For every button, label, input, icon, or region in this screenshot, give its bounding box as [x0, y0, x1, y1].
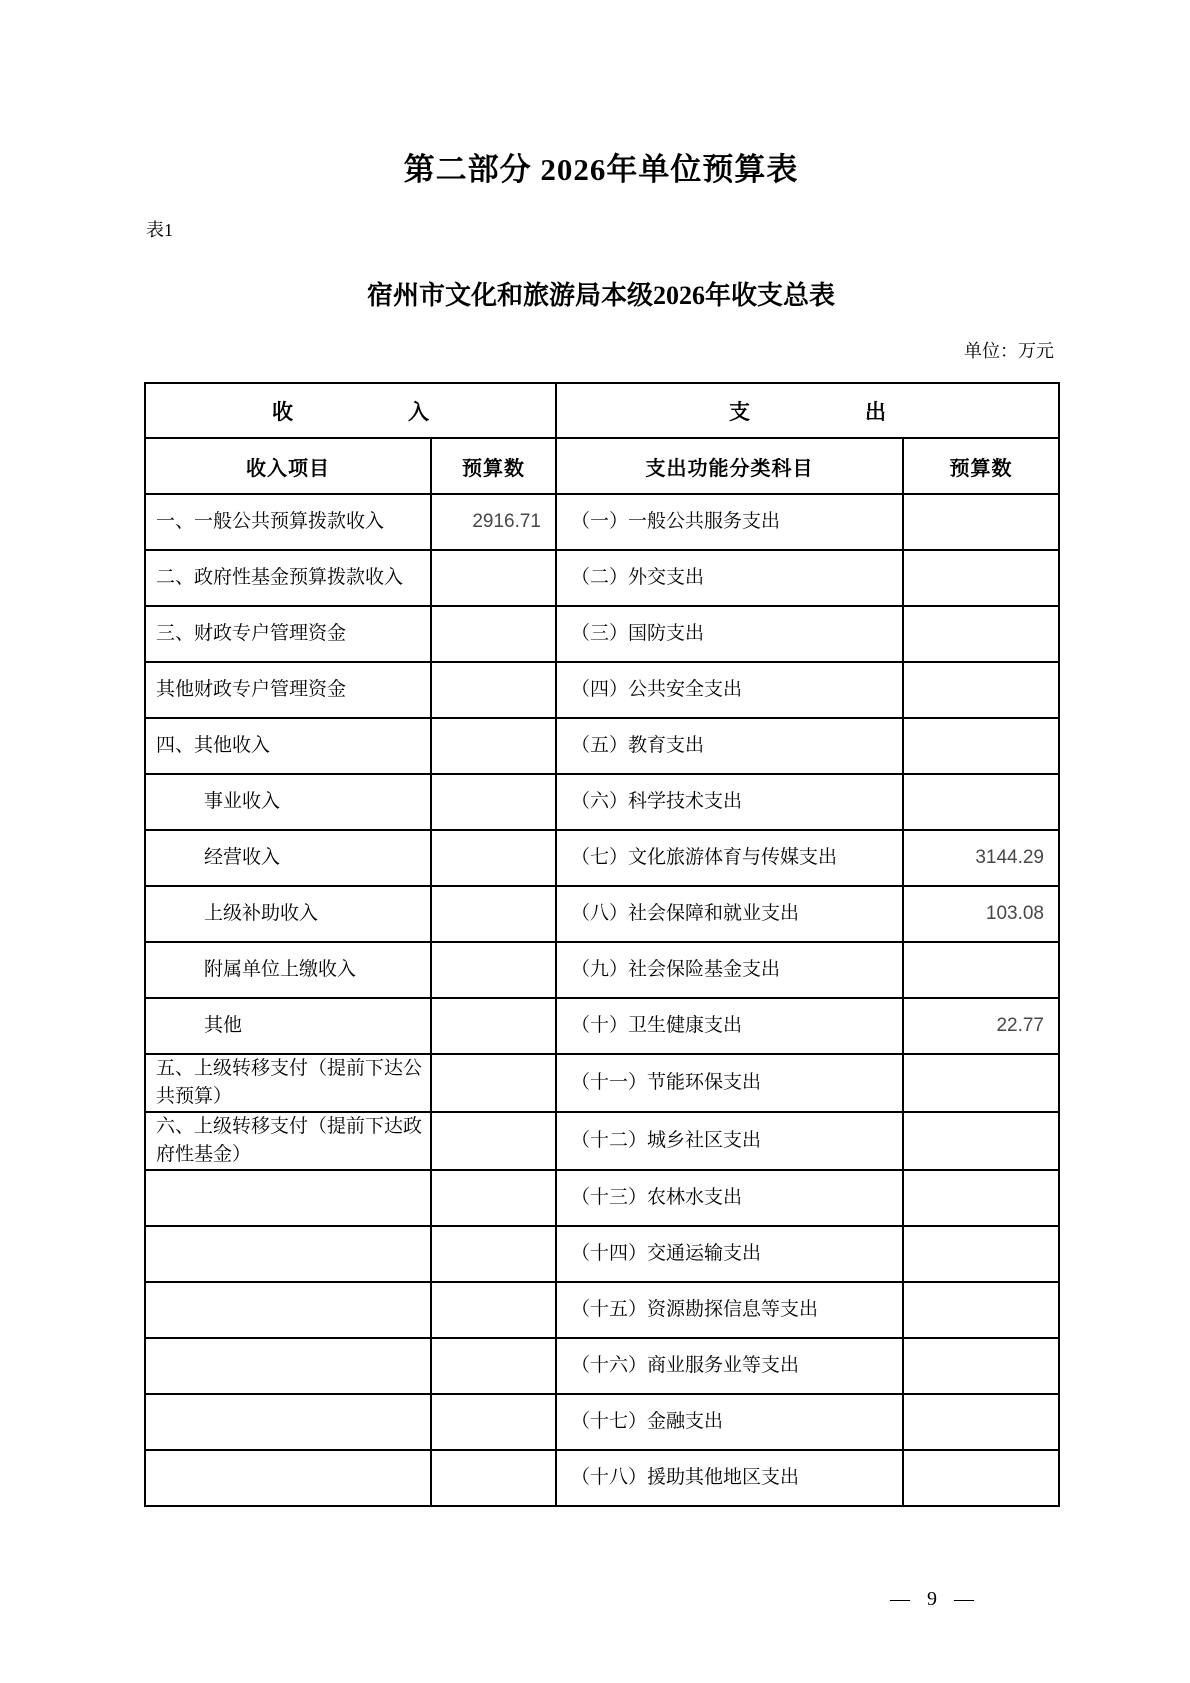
table-title: 宿州市文化和旅游局本级2026年收支总表 [144, 275, 1058, 312]
expense-item-cell: （一）一般公共服务支出 [556, 494, 903, 550]
table-row: 一、一般公共预算拨款收入 2916.71 （一）一般公共服务支出 [145, 494, 1059, 550]
table-row: 三、财政专户管理资金 （三）国防支出 [145, 606, 1059, 662]
table-row: 附属单位上缴收入 （九）社会保险基金支出 [145, 942, 1059, 998]
income-item-cell: 上级补助收入 [145, 886, 431, 942]
income-item-cell: 其他 [145, 998, 431, 1054]
expense-budget-cell [903, 1226, 1059, 1282]
income-budget-cell [431, 1282, 556, 1338]
expense-item-cell: （十八）援助其他地区支出 [556, 1450, 903, 1506]
expense-budget-cell [903, 1450, 1059, 1506]
income-item-cell: 其他财政专户管理资金 [145, 662, 431, 718]
income-budget-cell [431, 998, 556, 1054]
page-number: — 9 — [870, 1588, 1000, 1611]
income-item-cell [145, 1170, 431, 1226]
income-item-cell: 经营收入 [145, 830, 431, 886]
expense-item-cell: （四）公共安全支出 [556, 662, 903, 718]
income-budget-cell [431, 718, 556, 774]
expense-budget-cell [903, 1170, 1059, 1226]
part-title: 第二部分 2026年单位预算表 [144, 144, 1058, 189]
unit-note: 单位：万元 [144, 337, 1054, 363]
table-row: （十八）援助其他地区支出 [145, 1450, 1059, 1506]
table-label: 表1 [146, 216, 173, 242]
table-row: （十三）农林水支出 [145, 1170, 1059, 1226]
table-column-header-row: 收入项目 预算数 支出功能分类科目 预算数 [145, 438, 1059, 494]
expense-budget-cell: 22.77 [903, 998, 1059, 1054]
expense-item-cell: （十四）交通运输支出 [556, 1226, 903, 1282]
income-budget-cell [431, 1226, 556, 1282]
expense-budget-cell [903, 606, 1059, 662]
expense-item-cell: （五）教育支出 [556, 718, 903, 774]
table-row: 经营收入 （七）文化旅游体育与传媒支出 3144.29 [145, 830, 1059, 886]
table-group-header-row: 收 入 支 出 [145, 383, 1059, 438]
expense-item-cell: （九）社会保险基金支出 [556, 942, 903, 998]
income-budget-cell [431, 1112, 556, 1170]
income-item-cell: 六、上级转移支付（提前下达政府性基金） [145, 1112, 431, 1170]
expense-item-cell: （十六）商业服务业等支出 [556, 1338, 903, 1394]
table-row: 五、上级转移支付（提前下达公共预算） （十一）节能环保支出 [145, 1054, 1059, 1112]
expense-budget-cell [903, 1054, 1059, 1112]
expense-item-cell: （七）文化旅游体育与传媒支出 [556, 830, 903, 886]
col-header-expense-budget: 预算数 [903, 438, 1059, 494]
expense-budget-cell [903, 1282, 1059, 1338]
expense-budget-cell [903, 774, 1059, 830]
income-item-cell [145, 1338, 431, 1394]
table-row: （十四）交通运输支出 [145, 1226, 1059, 1282]
income-budget-cell [431, 606, 556, 662]
expense-item-cell: （十三）农林水支出 [556, 1170, 903, 1226]
expense-budget-cell [903, 1112, 1059, 1170]
income-budget-cell [431, 662, 556, 718]
col-header-income-budget: 预算数 [431, 438, 556, 494]
expense-budget-cell [903, 662, 1059, 718]
expense-item-cell: （六）科学技术支出 [556, 774, 903, 830]
budget-table: 收 入 支 出 收入项目 预算数 支出功能分类科目 预算数 一、一般 [144, 382, 1060, 1507]
table-row: 其他财政专户管理资金 （四）公共安全支出 [145, 662, 1059, 718]
income-budget-cell [431, 1450, 556, 1506]
table-row: （十五）资源勘探信息等支出 [145, 1282, 1059, 1338]
expense-budget-cell [903, 718, 1059, 774]
expense-group-header: 支 出 [556, 383, 1059, 438]
document-page: 第二部分 2026年单位预算表 表1 宿州市文化和旅游局本级2026年收支总表 … [0, 0, 1190, 1683]
expense-budget-cell: 3144.29 [903, 830, 1059, 886]
table-row: 其他 （十）卫生健康支出 22.77 [145, 998, 1059, 1054]
expense-item-cell: （三）国防支出 [556, 606, 903, 662]
expense-item-cell: （八）社会保障和就业支出 [556, 886, 903, 942]
income-budget-cell [431, 886, 556, 942]
income-item-cell [145, 1450, 431, 1506]
expense-item-cell: （十五）资源勘探信息等支出 [556, 1282, 903, 1338]
income-budget-cell [431, 774, 556, 830]
income-budget-cell [431, 1054, 556, 1112]
expense-budget-cell [903, 942, 1059, 998]
income-item-cell: 四、其他收入 [145, 718, 431, 774]
income-item-cell: 事业收入 [145, 774, 431, 830]
expense-item-cell: （十一）节能环保支出 [556, 1054, 903, 1112]
expense-budget-cell [903, 1394, 1059, 1450]
expense-budget-cell [903, 550, 1059, 606]
table-row: 二、政府性基金预算拨款收入 （二）外交支出 [145, 550, 1059, 606]
col-header-expense-item: 支出功能分类科目 [556, 438, 903, 494]
table-row: （十七）金融支出 [145, 1394, 1059, 1450]
income-budget-cell [431, 1338, 556, 1394]
expense-item-cell: （二）外交支出 [556, 550, 903, 606]
income-item-cell: 五、上级转移支付（提前下达公共预算） [145, 1054, 431, 1112]
expense-budget-cell [903, 494, 1059, 550]
table-row: 四、其他收入 （五）教育支出 [145, 718, 1059, 774]
expense-item-cell: （十二）城乡社区支出 [556, 1112, 903, 1170]
income-budget-cell [431, 942, 556, 998]
income-item-cell [145, 1394, 431, 1450]
income-item-cell: 附属单位上缴收入 [145, 942, 431, 998]
income-budget-cell: 2916.71 [431, 494, 556, 550]
expense-item-cell: （十七）金融支出 [556, 1394, 903, 1450]
col-header-income-item: 收入项目 [145, 438, 431, 494]
income-budget-cell [431, 830, 556, 886]
income-item-cell [145, 1226, 431, 1282]
table-row: 上级补助收入 （八）社会保障和就业支出 103.08 [145, 886, 1059, 942]
income-budget-cell [431, 550, 556, 606]
table-row: 事业收入 （六）科学技术支出 [145, 774, 1059, 830]
income-group-header: 收 入 [145, 383, 556, 438]
table-row: 六、上级转移支付（提前下达政府性基金） （十二）城乡社区支出 [145, 1112, 1059, 1170]
income-item-cell: 一、一般公共预算拨款收入 [145, 494, 431, 550]
income-item-cell: 三、财政专户管理资金 [145, 606, 431, 662]
income-group-label: 收 入 [146, 396, 555, 426]
income-budget-cell [431, 1394, 556, 1450]
income-budget-cell [431, 1170, 556, 1226]
expense-group-label: 支 出 [557, 396, 1058, 426]
expense-budget-cell: 103.08 [903, 886, 1059, 942]
expense-budget-cell [903, 1338, 1059, 1394]
expense-item-cell: （十）卫生健康支出 [556, 998, 903, 1054]
income-item-cell [145, 1282, 431, 1338]
income-item-cell: 二、政府性基金预算拨款收入 [145, 550, 431, 606]
table-row: （十六）商业服务业等支出 [145, 1338, 1059, 1394]
